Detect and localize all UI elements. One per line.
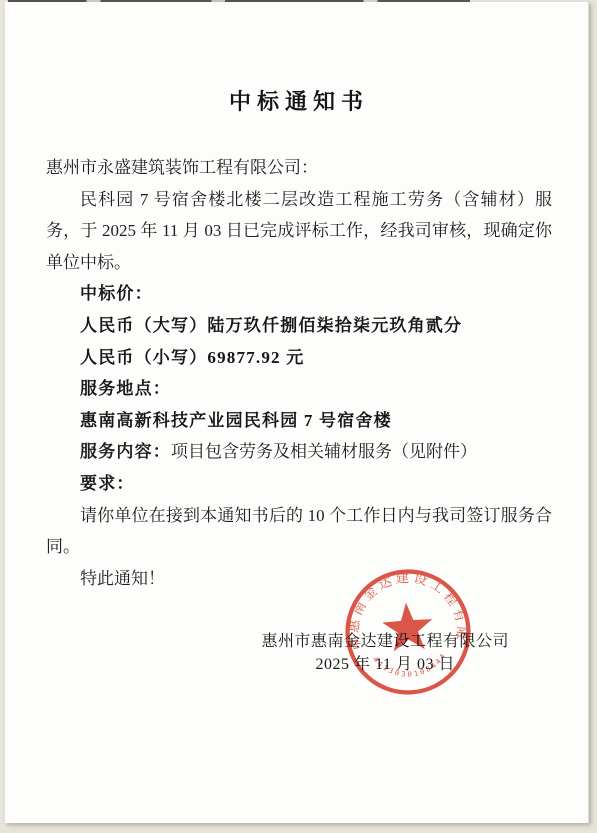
document-content: 中标通知书 惠州市永盛建筑装饰工程有限公司： 民科园 7 号宿舍楼北楼二层改造工…	[5, 2, 589, 594]
award-price-label: 中标价：	[46, 278, 552, 310]
seal-number-text: 4413030108444	[371, 650, 450, 681]
service-location: 惠南高新科技产业园民科园 7 号宿舍楼	[46, 405, 552, 437]
svg-text:4413030108444: 4413030108444	[371, 650, 450, 681]
addressee-line: 惠州市永盛建筑装饰工程有限公司：	[46, 152, 552, 184]
company-seal: 惠州市惠南金达建设工程有限公司 4413030108444	[339, 563, 478, 702]
service-content-text: 项目包含劳务及相关辅材服务（见附件）	[171, 442, 477, 461]
closing-line: 特此通知！	[46, 563, 552, 595]
document-title: 中标通知书	[46, 88, 552, 116]
amount-in-words: 人民币（大写）陆万玖仟捌佰柒拾柒元玖角贰分	[46, 310, 552, 342]
service-content-label: 服务内容：	[80, 442, 171, 461]
seal-star-icon	[381, 601, 434, 652]
intro-paragraph: 民科园 7 号宿舍楼北楼二层改造工程施工劳务（含辅材）服务，于 2025 年 1…	[46, 184, 552, 279]
amount-in-figures: 人民币（小写）69877.92 元	[46, 342, 552, 374]
scan-artifact-line	[8, 0, 470, 2]
document-page: 中标通知书 惠州市永盛建筑装饰工程有限公司： 民科园 7 号宿舍楼北楼二层改造工…	[5, 2, 589, 823]
requirement-label: 要求：	[46, 468, 552, 500]
service-content-line: 服务内容：项目包含劳务及相关辅材服务（见附件）	[46, 436, 552, 468]
requirement-paragraph: 请你单位在接到本通知书后的 10 个工作日内与我司签订服务合同。	[46, 500, 552, 563]
service-location-label: 服务地点：	[46, 373, 552, 405]
